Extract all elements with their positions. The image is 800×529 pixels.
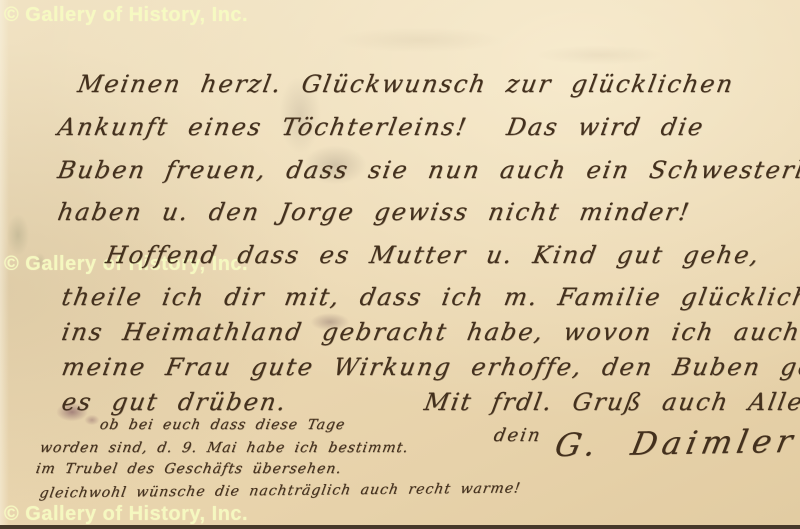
valediction: dein	[492, 425, 543, 446]
handwriting-line-5: Hoffend dass es Mutter u. Kind gut gehe,	[104, 241, 763, 269]
handwriting-line-8: meine Frau gute Wirkung erhoffe, den Bub…	[60, 353, 800, 381]
handwriting-line-2: Ankunft eines Töchterleins! Das wird die	[56, 113, 707, 141]
handwriting-line-9: es gut drüben. Mit frdl. Gruß auch Allen	[60, 388, 800, 416]
handwriting-line-1: Meinen herzl. Glückwunsch zur glückliche…	[76, 70, 737, 98]
watermark-top: © Gallery of History, Inc.	[4, 4, 248, 27]
watermark-bottom: © Gallery of History, Inc.	[4, 503, 248, 526]
letter-scan: © Gallery of History, Inc. © Gallery of …	[0, 0, 800, 529]
postscript-line-1: ob bei euch dass diese Tage	[99, 417, 347, 433]
handwriting-line-4: haben u. den Jorge gewiss nicht minder!	[56, 198, 693, 226]
handwriting-line-7: ins Heimathland gebracht habe, wovon ich…	[60, 318, 800, 346]
postscript-line-2: worden sind, d. 9. Mai habe ich bestimmt…	[39, 440, 410, 456]
handwriting-line-3: Buben freuen, dass sie nun auch ein Schw…	[56, 156, 800, 184]
signature: G. Daimler	[552, 422, 800, 464]
postscript-line-4: gleichwohl wünsche die nachträglich auch…	[38, 480, 522, 501]
handwriting-line-6: theile ich dir mit, dass ich m. Familie …	[60, 283, 800, 311]
postscript-line-3: im Trubel des Geschäfts übersehen.	[35, 461, 344, 477]
